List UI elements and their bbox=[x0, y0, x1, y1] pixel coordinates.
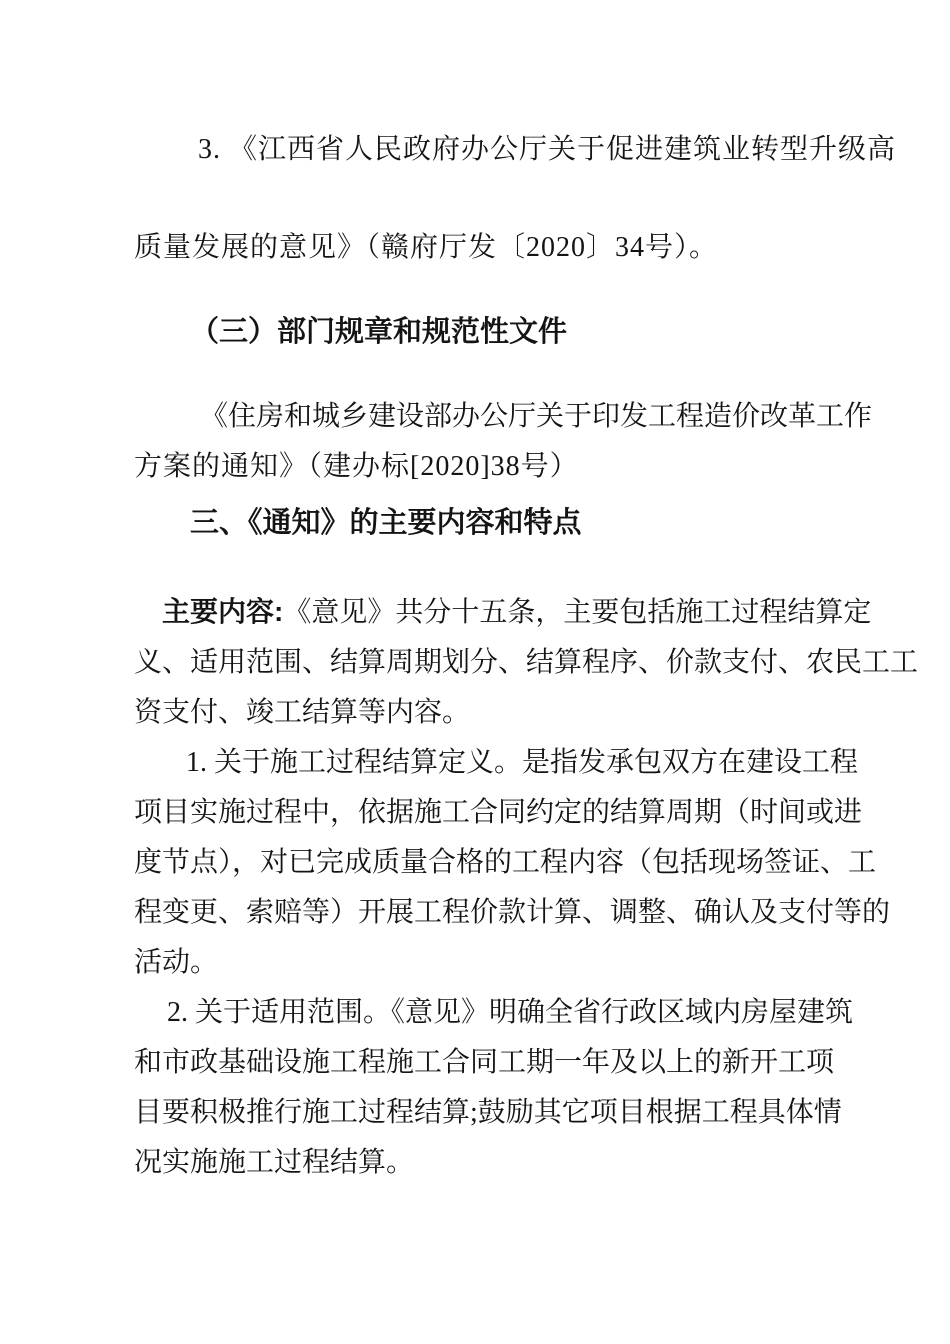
text-line: 和市政基础设施工程施工合同工期一年及以上的新开工项 bbox=[134, 1038, 819, 1088]
para-fanwei: 2. 关于适用范围。《意见》明确全省行政区域内房屋建筑和市政基础设施工程施工合同… bbox=[134, 988, 819, 1188]
text-line: 资支付、竣工结算等内容。 bbox=[134, 688, 819, 738]
text-line: 义、适用范围、结算周期划分、结算程序、价款支付、农民工工 bbox=[134, 638, 819, 688]
text-line: 目要积极推行施工过程结算;鼓励其它项目根据工程具体情 bbox=[134, 1088, 819, 1138]
para-zhufang-tongzhi: 《住房和城乡建设部办公厅关于印发工程造价改革工作方案的通知》（建办标[2020]… bbox=[134, 392, 819, 492]
heading-line: （三）部门规章和规范性文件 bbox=[134, 307, 819, 357]
text-line: 3. 《江西省人民政府办公厅关于促进建筑业转型升级高 bbox=[134, 101, 819, 199]
document-page: 3. 《江西省人民政府办公厅关于促进建筑业转型升级高质量发展的意见》（赣府厅发〔… bbox=[0, 0, 950, 1344]
document-body: 3. 《江西省人民政府办公厅关于促进建筑业转型升级高质量发展的意见》（赣府厅发〔… bbox=[0, 0, 950, 1344]
para-jiangxi-yijian: 3. 《江西省人民政府办公厅关于促进建筑业转型升级高质量发展的意见》（赣府厅发〔… bbox=[134, 101, 819, 297]
heading-tongzhi-neirong: 三、《通知》的主要内容和特点 bbox=[134, 498, 819, 548]
para-zhuyao-neirong: 主要内容:《意见》共分十五条，主要包括施工过程结算定义、适用范围、结算周期划分、… bbox=[134, 587, 819, 738]
text-line: 质量发展的意见》（赣府厅发〔2020〕34号）。 bbox=[134, 199, 819, 297]
bold-lead-in: 主要内容: bbox=[162, 596, 283, 627]
text-line: 况实施施工过程结算。 bbox=[134, 1138, 819, 1188]
heading-bumen-guizhang: （三）部门规章和规范性文件 bbox=[134, 307, 819, 357]
text-line: 程变更、索赔等）开展工程价款计算、调整、确认及支付等的 bbox=[134, 888, 819, 938]
text-line: 《住房和城乡建设部办公厅关于印发工程造价改革工作 bbox=[134, 392, 819, 442]
text-line: 1. 关于施工过程结算定义。是指发承包双方在建设工程 bbox=[134, 738, 819, 788]
text-line: 2. 关于适用范围。《意见》明确全省行政区域内房屋建筑 bbox=[134, 988, 819, 1038]
text-line: 项目实施过程中，依据施工合同约定的结算周期（时间或进 bbox=[134, 788, 819, 838]
text-line: 活动。 bbox=[134, 938, 819, 988]
text-line: 度节点），对已完成质量合格的工程内容（包括现场签证、工 bbox=[134, 838, 819, 888]
text-line: 方案的通知》（建办标[2020]38号） bbox=[134, 442, 819, 492]
text-line: 主要内容:《意见》共分十五条，主要包括施工过程结算定 bbox=[134, 587, 819, 638]
heading-line: 三、《通知》的主要内容和特点 bbox=[134, 498, 819, 548]
para-dingyi: 1. 关于施工过程结算定义。是指发承包双方在建设工程项目实施过程中，依据施工合同… bbox=[134, 738, 819, 988]
